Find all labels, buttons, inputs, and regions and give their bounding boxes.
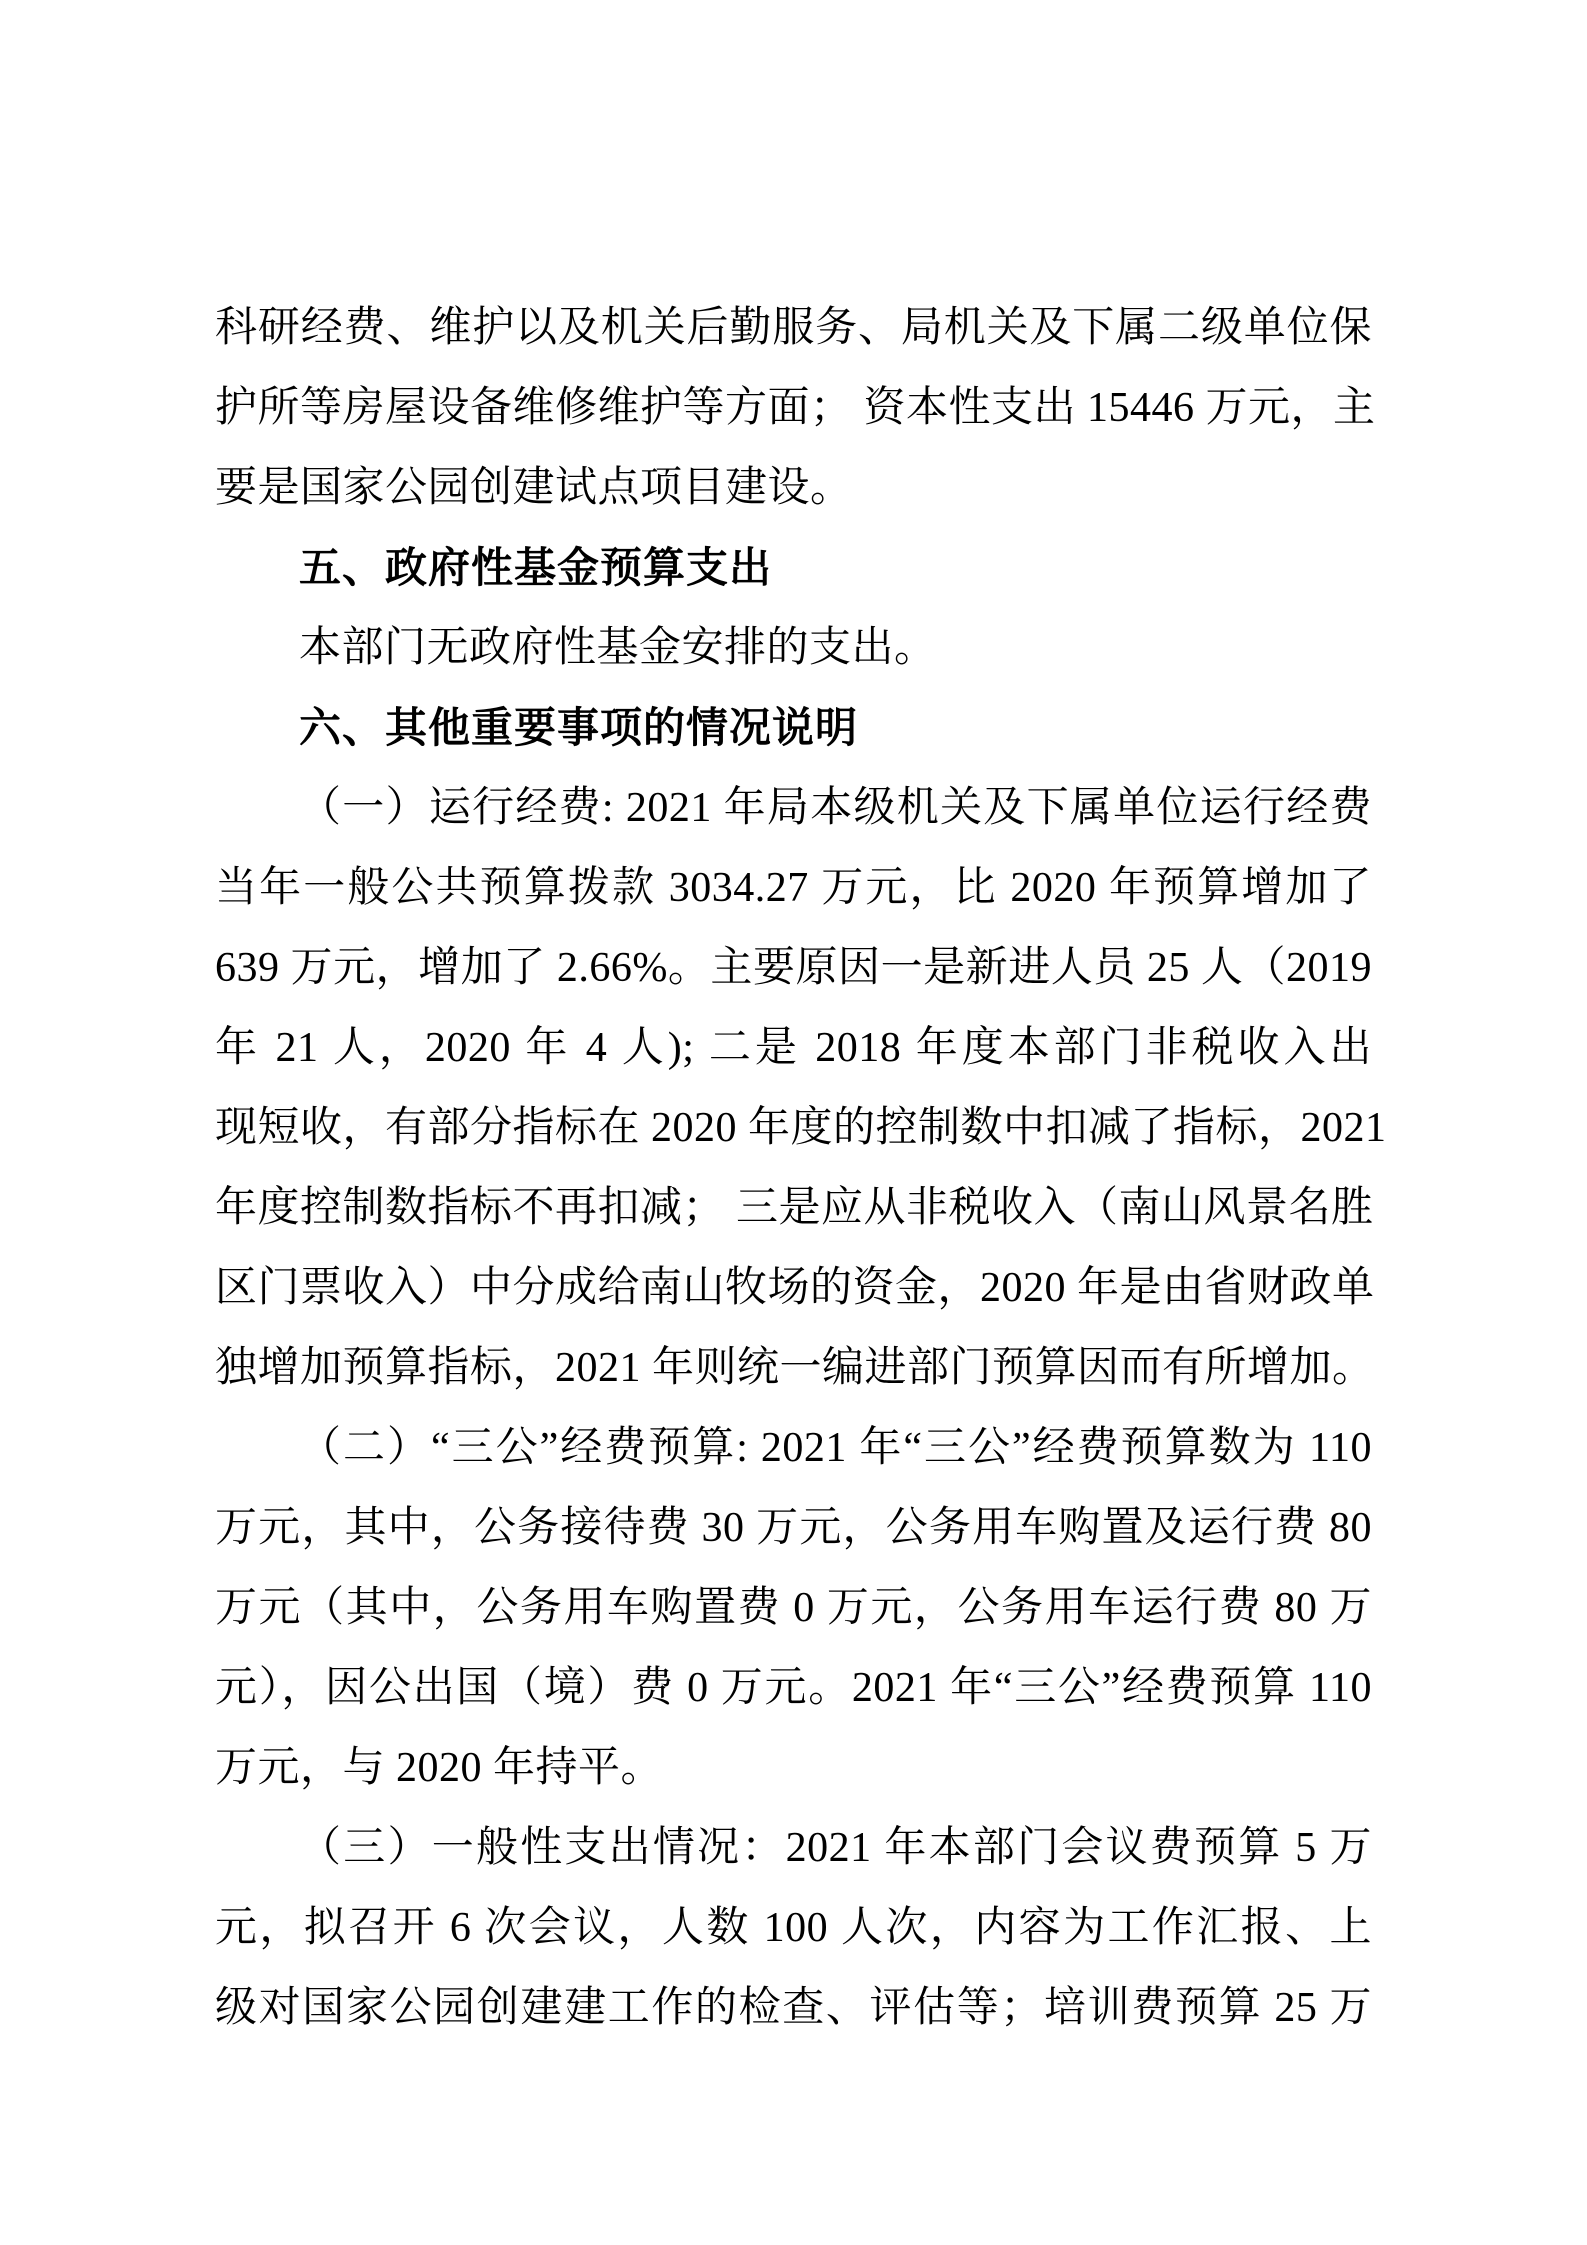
text-line: 本部门无政府性基金安排的支出。 bbox=[215, 608, 1372, 688]
text-line: 护所等房屋设备维修维护等方面； 资本性支出 15446 万元，主 bbox=[215, 368, 1372, 448]
text-line: 级对国家公园创建建工作的检查、评估等；培训费预算 25 万 bbox=[215, 1968, 1372, 2048]
text-line: 区门票收入）中分成给南山牧场的资金，2020 年是由省财政单 bbox=[215, 1248, 1372, 1328]
carryover-paragraph: 科研经费、维护以及机关后勤服务、局机关及下属二级单位保护所等房屋设备维修维护等方… bbox=[215, 288, 1372, 528]
text-line: 现短收，有部分指标在 2020 年度的控制数中扣减了指标，2021 bbox=[215, 1088, 1372, 1168]
section-5-heading: 五、政府性基金预算支出 bbox=[215, 528, 1372, 608]
text-line: 万元，其中，公务接待费 30 万元，公务用车购置及运行费 80 bbox=[215, 1488, 1372, 1568]
text-line: 科研经费、维护以及机关后勤服务、局机关及下属二级单位保 bbox=[215, 288, 1372, 368]
item-3-general-expenditure-paragraph: （三）一般性支出情况：2021 年本部门会议费预算 5 万元，拟召开 6 次会议… bbox=[215, 1808, 1372, 2048]
text-line: 年 21 人，2020 年 4 人); 二是 2018 年度本部门非税收入出 bbox=[215, 1008, 1372, 1088]
text-line: 当年一般公共预算拨款 3034.27 万元，比 2020 年预算增加了 bbox=[215, 848, 1372, 928]
text-line: 元，拟召开 6 次会议，人数 100 人次，内容为工作汇报、上 bbox=[215, 1888, 1372, 1968]
text-line: 独增加预算指标，2021 年则统一编进部门预算因而有所增加。 bbox=[215, 1328, 1372, 1408]
text-line: 万元（其中，公务用车购置费 0 万元，公务用车运行费 80 万 bbox=[215, 1568, 1372, 1648]
item-2-three-public-expenses-paragraph: （二）“三公”经费预算: 2021 年“三公”经费预算数为 110万元，其中，公… bbox=[215, 1408, 1372, 1808]
text-line: （二）“三公”经费预算: 2021 年“三公”经费预算数为 110 bbox=[215, 1408, 1372, 1488]
text-line: 要是国家公园创建试点项目建设。 bbox=[215, 448, 1372, 528]
text-line: 639 万元，增加了 2.66%。主要原因一是新进人员 25 人（2019 bbox=[215, 928, 1372, 1008]
text-line: 年度控制数指标不再扣减； 三是应从非税收入（南山风景名胜 bbox=[215, 1168, 1372, 1248]
section-5-paragraph: 本部门无政府性基金安排的支出。 bbox=[215, 608, 1372, 688]
document-page: 科研经费、维护以及机关后勤服务、局机关及下属二级单位保护所等房屋设备维修维护等方… bbox=[0, 0, 1587, 2245]
item-1-operating-funds-paragraph: （一）运行经费: 2021 年局本级机关及下属单位运行经费当年一般公共预算拨款 … bbox=[215, 768, 1372, 1408]
heading-line: 五、政府性基金预算支出 bbox=[215, 528, 1372, 608]
document-content: 科研经费、维护以及机关后勤服务、局机关及下属二级单位保护所等房屋设备维修维护等方… bbox=[215, 288, 1372, 2048]
text-line: （三）一般性支出情况：2021 年本部门会议费预算 5 万 bbox=[215, 1808, 1372, 1888]
text-line: 元），因公出国（境）费 0 万元。2021 年“三公”经费预算 110 bbox=[215, 1648, 1372, 1728]
heading-line: 六、其他重要事项的情况说明 bbox=[215, 688, 1372, 768]
text-line: 万元，与 2020 年持平。 bbox=[215, 1728, 1372, 1808]
section-6-heading: 六、其他重要事项的情况说明 bbox=[215, 688, 1372, 768]
text-line: （一）运行经费: 2021 年局本级机关及下属单位运行经费 bbox=[215, 768, 1372, 848]
